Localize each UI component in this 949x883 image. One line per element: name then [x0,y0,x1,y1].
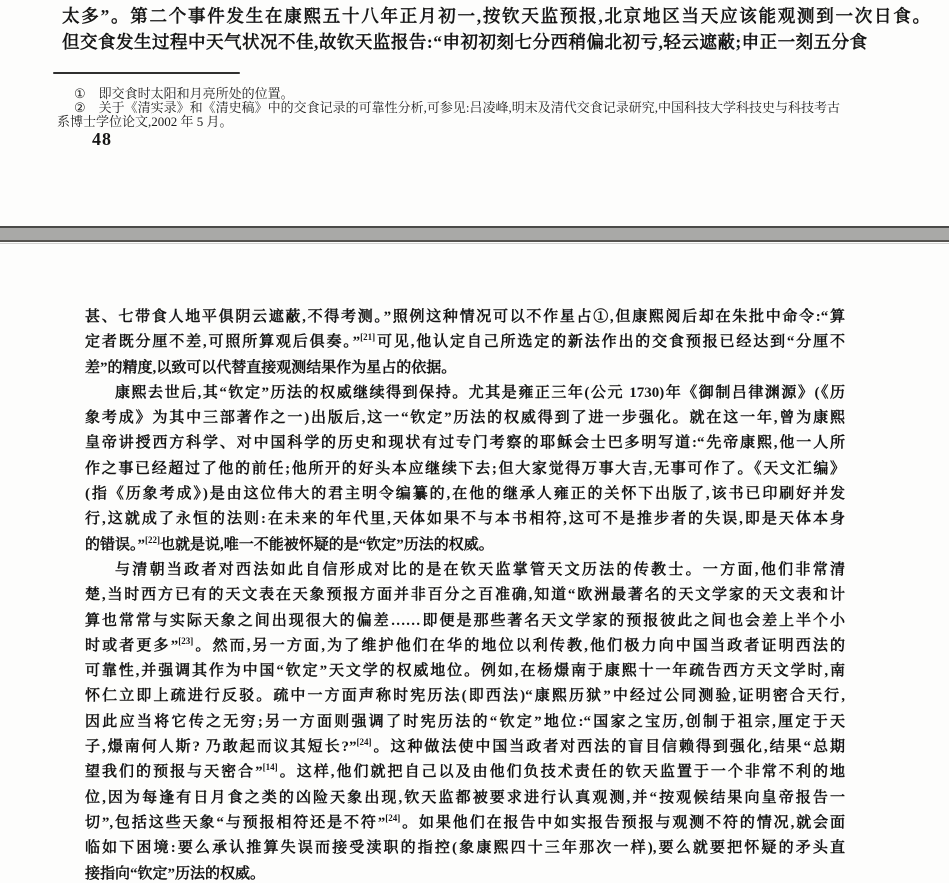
text-line: 行,这就成了永恒的法则:在未来的年代里,天体如果不与本书相符,这可不是推步者的失… [85,507,845,532]
text-line: 与清朝当政者对西法如此自信形成对比的是在钦天监掌管天文历法的传教士。一方面,他们… [85,558,845,583]
text-line: 子,燝南何人斯? 乃敢起而议其短长?”[24]。这种做法使中国当政者对西法的盲目… [85,735,845,760]
text-line: 作之事已经超过了他的前任;他所开的好头本应继续下去;但大家觉得万事大吉,无事可作… [85,457,845,482]
text-line: 因此应当将它传之无穷;另一方面则强调了时宪历法的“钦定”地位:“国家之宝历,创制… [85,710,845,735]
text-line: 甚、七带食人地平俱阴云遮蔽,不得考测。”照例这种情况可以不作星占①,但康熙阅后却… [85,305,845,330]
text-line: 皇帝讲授西方科学、对中国科学的历史和现状有过专门考察的耶稣会士巴多明写道:“先帝… [85,431,845,456]
text-line: 算也常常与实际天象之间出现很大的偏差……即便是那些著名天文学家的预报彼此之间也会… [85,609,845,634]
text-line: 康熙去世后,其“钦定”历法的权威继续得到保持。尤其是雍正三年(公元 1730)年… [85,381,845,406]
scanned-document-page: 太多”。第二个事件发生在康熙五十八年正月初一,按钦天监预报,北京地区当天应该能观… [0,0,949,883]
footnote-text: 关于《清实录》和《清史稿》中的交食记录的可靠性分析,可参见:吕凌峰,明末及清代交… [99,100,840,115]
footnote-continuation: 系博士学位论文,2002 年 5 月。 [57,115,233,129]
footnote-marker: ① [74,87,86,101]
text-line: 切”,包括这些天象“与预报相符还是不符”[24]。如果他们在报告中如实报告预报与… [85,811,845,836]
footnote-separator [53,72,240,74]
body-text-block: 甚、七带食人地平俱阴云遮蔽,不得考测。”照例这种情况可以不作星占①,但康熙阅后却… [85,305,845,883]
text-line: 定者既分厘不差,可照所算观后俱奏。”[21]可见,他认定自己所选定的新法作出的交… [85,330,845,355]
text-line: 差”的精度,以致可以代替直接观测结果作为星占的依据。 [85,356,845,381]
text-line: (指《历象考成》)是由这位伟大的君主明令编纂的,在他的继承人雍正的关怀下出版了,… [85,482,845,507]
text-line: 临如下困境:要么承认推算失误而接受渎职的指控(象康熙四十三年那次一样),要么就要… [85,836,845,861]
page-number: 48 [92,129,112,150]
footnote: ①即交食时太阳和月亮所处的位置。 [74,87,294,101]
footnote-text: 即交食时太阳和月亮所处的位置。 [99,86,294,101]
text-line: 望我们的预报与天密合”[14]。这样,他们就把自己以及由他们负技术责任的钦天监置… [85,760,845,785]
text-line: 的错误。”[22]也就是说,唯一不能被怀疑的是“钦定”历法的权威。 [85,533,845,558]
text-line: 时或者更多”[23]。然而,另一方面,为了维护他们在华的地位以利传教,他们极力向… [85,634,845,659]
page-divider-shadow [0,243,949,244]
text-line: 位,因为每逢有日月食之类的凶险天象出现,钦天监都被要求进行认真观测,并“按观候结… [85,786,845,811]
footnote: ②关于《清实录》和《清史稿》中的交食记录的可靠性分析,可参见:吕凌峰,明末及清代… [74,101,840,115]
page-divider-band [0,226,949,242]
text-line: 接指向“钦定”历法的权威。 [85,862,845,883]
text-line: 但交食发生过程中天气状况不佳,故钦天监报告:“申初初刻七分西稍偏北初亏,轻云遮蔽… [62,29,930,55]
text-line: 怀仁立即上疏进行反驳。疏中一方面声称时宪历法(即西法)“康熙历狱”中经过公同测验… [85,684,845,709]
text-line: 象考成》为其中三部著作之一)出版后,这一“钦定”历法的权威得到了进一步强化。就在… [85,406,845,431]
text-line: 太多”。第二个事件发生在康熙五十八年正月初一,按钦天监预报,北京地区当天应该能观… [62,3,930,29]
footnote-marker: ② [74,101,86,115]
text-line: 可靠性,并强调其作为中国“钦定”天文学的权威地位。例如,在杨燝南于康熙十一年疏告… [85,659,845,684]
text-line: 楚,当时西方已有的天文表在天象预报方面并非百分之百准确,知道“欧洲最著名的天文学… [85,583,845,608]
